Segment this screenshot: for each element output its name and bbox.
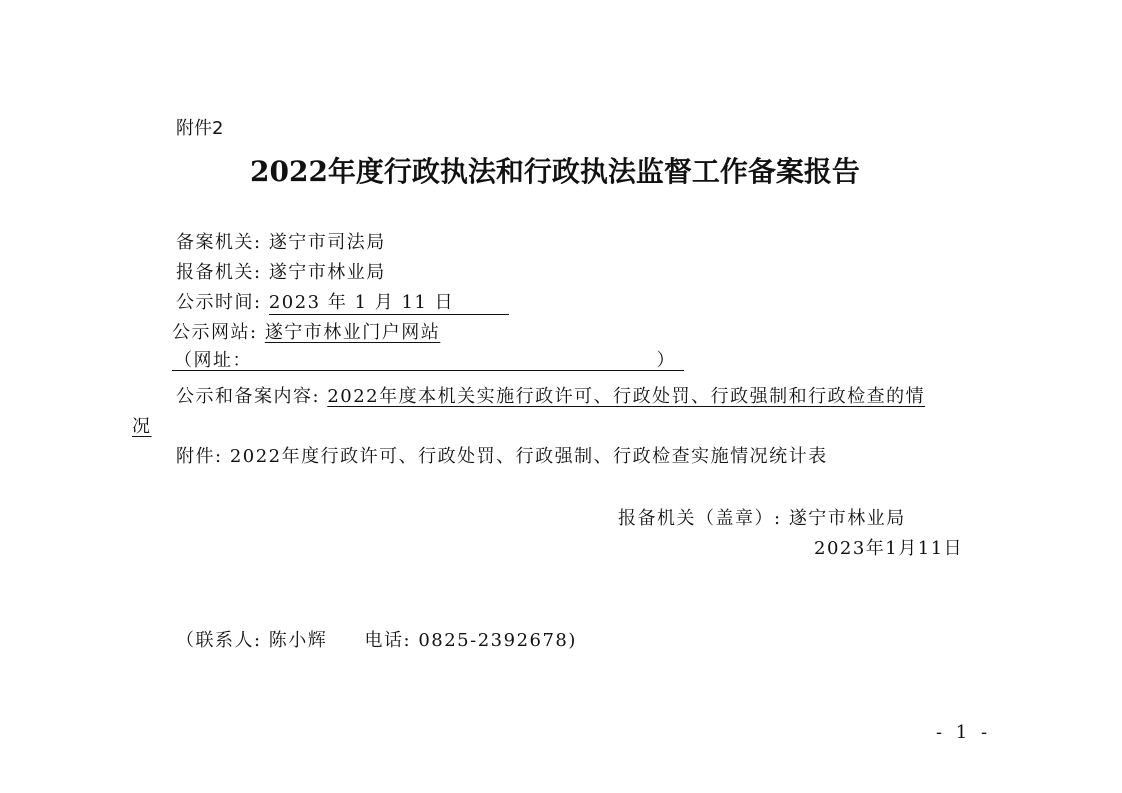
signature-row: 报备机关（盖章）: 遂宁市林业局 [618,504,906,530]
contact-phone: 电话: 0825-2392678) [365,630,577,651]
contact-person: （联系人: 陈小辉 [176,630,327,651]
filing-authority-value: 遂宁市司法局 [269,232,386,253]
document-title: 2022年度行政执法和行政执法监督工作备案报告 [250,150,860,190]
signature-org: 遂宁市林业局 [789,508,906,529]
publish-site-row: 公示网站: 遂宁市林业门户网站 [172,318,440,344]
filing-authority-row: 备案机关: 遂宁市司法局 [176,228,386,254]
annex-label: 附件: [176,446,223,467]
reporting-authority-row: 报备机关: 遂宁市林业局 [176,258,386,284]
signature-label: 报备机关（盖章）: [618,508,782,529]
url-open: （网址： [174,346,252,372]
publish-time-label: 公示时间: [176,292,262,313]
content-value-line1: 2022年度本机关实施行政许可、行政处罚、行政强制和行政检查的情 [327,386,925,407]
publish-time-row: 公示时间: 2023 年 1 月 11 日 [176,288,509,315]
attachment-label: 附件2 [176,114,223,140]
publish-site-link[interactable]: 遂宁市林业门户网站 [265,322,441,343]
url-close: ） [657,346,677,372]
content-value-line2: 况 [132,412,152,438]
content-label: 公示和备案内容: [176,386,320,407]
signature-date: 2023年1月11日 [814,534,963,560]
content-row: 公示和备案内容: 2022年度本机关实施行政许可、行政处罚、行政强制和行政检查的… [176,382,925,408]
publish-time-value: 2023 年 1 月 11 日 [269,288,509,315]
url-row: （网址： ） [172,346,684,371]
contact-row: （联系人: 陈小辉 电话: 0825-2392678) [176,626,577,652]
annex-value: 2022年度行政许可、行政处罚、行政强制、行政检查实施情况统计表 [230,446,828,467]
annex-row: 附件: 2022年度行政许可、行政处罚、行政强制、行政检查实施情况统计表 [176,442,828,468]
publish-site-label: 公示网站: [172,322,258,343]
page-number: - 1 - [936,722,991,743]
reporting-authority-label: 报备机关: [176,262,262,283]
reporting-authority-value: 遂宁市林业局 [269,262,386,283]
filing-authority-label: 备案机关: [176,232,262,253]
